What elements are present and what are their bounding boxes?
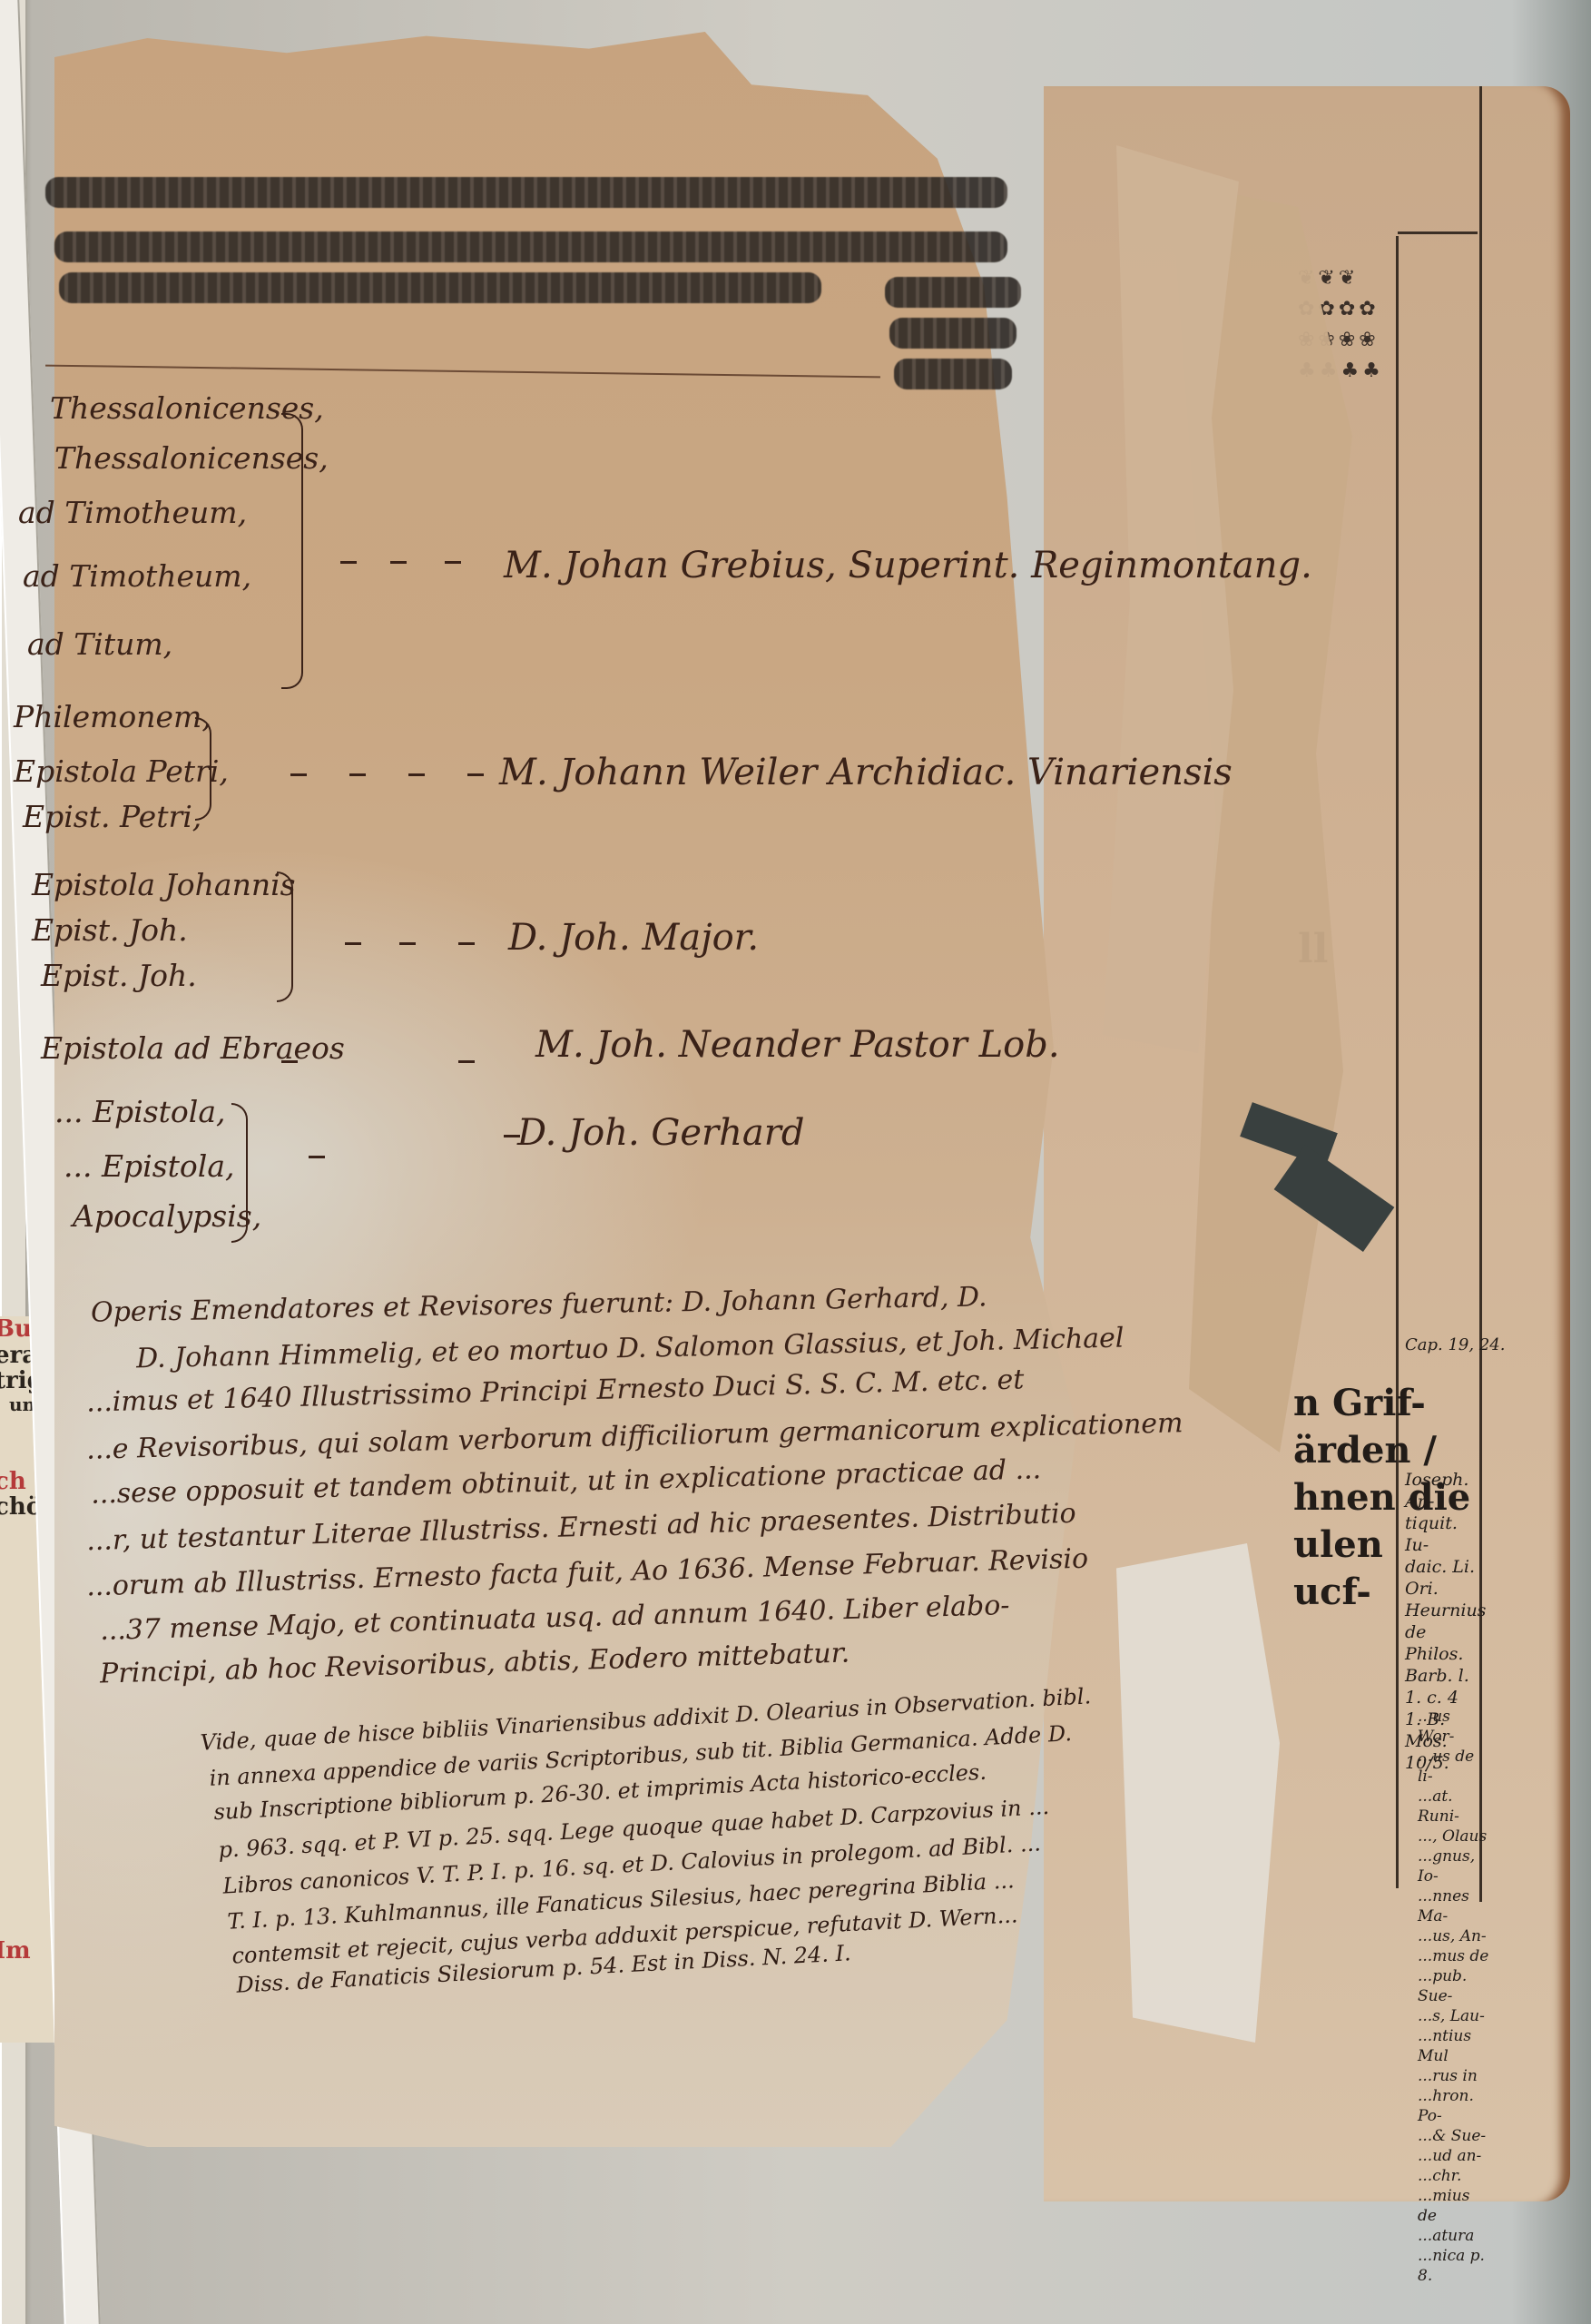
dash bbox=[349, 773, 366, 776]
dash bbox=[467, 773, 484, 776]
dash bbox=[458, 942, 475, 945]
list-item: ... Epistola, bbox=[54, 1094, 226, 1129]
marginal-line: ...hron. Po- bbox=[1418, 2086, 1490, 2126]
marginal-line: ...us de li- bbox=[1418, 1747, 1490, 1787]
torn-paper-strip bbox=[1116, 1543, 1280, 2043]
bracket bbox=[277, 871, 293, 1002]
marginal-line: ...& Sue- bbox=[1418, 2126, 1490, 2146]
marginal-line: ...pub. Sue- bbox=[1418, 1966, 1490, 2006]
crossed-out-line bbox=[889, 318, 1016, 349]
dash bbox=[309, 1156, 325, 1158]
name-entry: D. Joh. Gerhard bbox=[517, 1112, 804, 1154]
list-item: ... Epistola, bbox=[64, 1148, 235, 1184]
bracket bbox=[195, 717, 211, 821]
marginal-line: ...chr. bbox=[1418, 2166, 1490, 2186]
marginal-line: ...nnes Ma- bbox=[1418, 1886, 1490, 1926]
marginal-line: ...us Wor- bbox=[1418, 1707, 1490, 1747]
crossed-out-line bbox=[885, 277, 1021, 308]
dash bbox=[408, 773, 425, 776]
dash bbox=[458, 1060, 475, 1063]
bracket bbox=[281, 413, 303, 689]
list-item: ad Timotheum, bbox=[18, 495, 247, 530]
chapter-reference: Cap. 19, 24. bbox=[1405, 1334, 1505, 1356]
marginal-line: ...us, An- bbox=[1418, 1926, 1490, 1946]
marginal-line: de Philos. bbox=[1405, 1621, 1487, 1665]
bracket bbox=[231, 1103, 248, 1243]
column-rule bbox=[1398, 231, 1478, 234]
marginal-line: ...mius de bbox=[1418, 2186, 1490, 2226]
marginal-line: ...rus in bbox=[1418, 2066, 1490, 2086]
dash bbox=[390, 561, 407, 564]
list-item: Epist. Joh. bbox=[32, 912, 188, 948]
dash bbox=[445, 561, 461, 564]
marginal-line: Ioseph. An- bbox=[1405, 1469, 1487, 1512]
list-item: Epistola Johannis bbox=[32, 867, 296, 902]
list-item: Epist. Petri, bbox=[23, 799, 201, 834]
crossed-out-line bbox=[45, 177, 1007, 208]
marginal-line: ...ud an- bbox=[1418, 2146, 1490, 2166]
marginal-line: Heurnius bbox=[1405, 1600, 1487, 1621]
marginal-line: ..., Olaus bbox=[1418, 1827, 1490, 1846]
marginal-line: ...at. Runi- bbox=[1418, 1787, 1490, 1827]
name-entry: M. Joh. Neander Pastor Lob. bbox=[535, 1024, 1060, 1066]
dash bbox=[340, 561, 357, 564]
marginal-line: ...mus de bbox=[1418, 1946, 1490, 1966]
column-rule bbox=[1396, 236, 1399, 1888]
name-entry: D. Joh. Major. bbox=[508, 917, 759, 959]
crossed-out-line bbox=[54, 231, 1007, 262]
marginal-line: Barb. l. 1. c. 4 bbox=[1405, 1665, 1487, 1709]
list-item: Epist. Joh. bbox=[41, 958, 197, 993]
marginal-line: daic. Li. Ori. bbox=[1405, 1556, 1487, 1600]
marginal-note: ...us Wor- ...us de li- ...at. Runi- ...… bbox=[1418, 1707, 1490, 2286]
name-entry: M. Johan Grebius, Superint. Reginmontang… bbox=[504, 545, 1312, 586]
list-item: Philemonem, bbox=[14, 699, 211, 734]
list-item: ad Timotheum, bbox=[23, 558, 251, 594]
dash bbox=[345, 942, 361, 945]
dash bbox=[281, 1060, 298, 1063]
marginal-line: ...gnus, Io- bbox=[1418, 1846, 1490, 1886]
list-item: ad Titum, bbox=[27, 626, 172, 662]
marginal-line: ...s, Lau- bbox=[1418, 2006, 1490, 2026]
name-entry: M. Johann Weiler Archidiac. Vinariensis bbox=[499, 752, 1233, 793]
marginal-line: ...ntius Mul bbox=[1418, 2026, 1490, 2066]
crossed-out-line bbox=[894, 359, 1012, 389]
marginal-line: ...nica p. 8. bbox=[1418, 2246, 1490, 2286]
dash bbox=[399, 942, 416, 945]
marginal-line: ...atura bbox=[1418, 2226, 1490, 2246]
marginal-line: tiquit. Iu- bbox=[1405, 1512, 1487, 1556]
blackletter-line: ärden / bbox=[1293, 1427, 1470, 1474]
list-item: Epistola ad Ebraeos bbox=[41, 1030, 345, 1066]
crossed-out-line bbox=[59, 272, 821, 303]
blackletter-line: n Grif- bbox=[1293, 1380, 1470, 1427]
dash bbox=[290, 773, 307, 776]
